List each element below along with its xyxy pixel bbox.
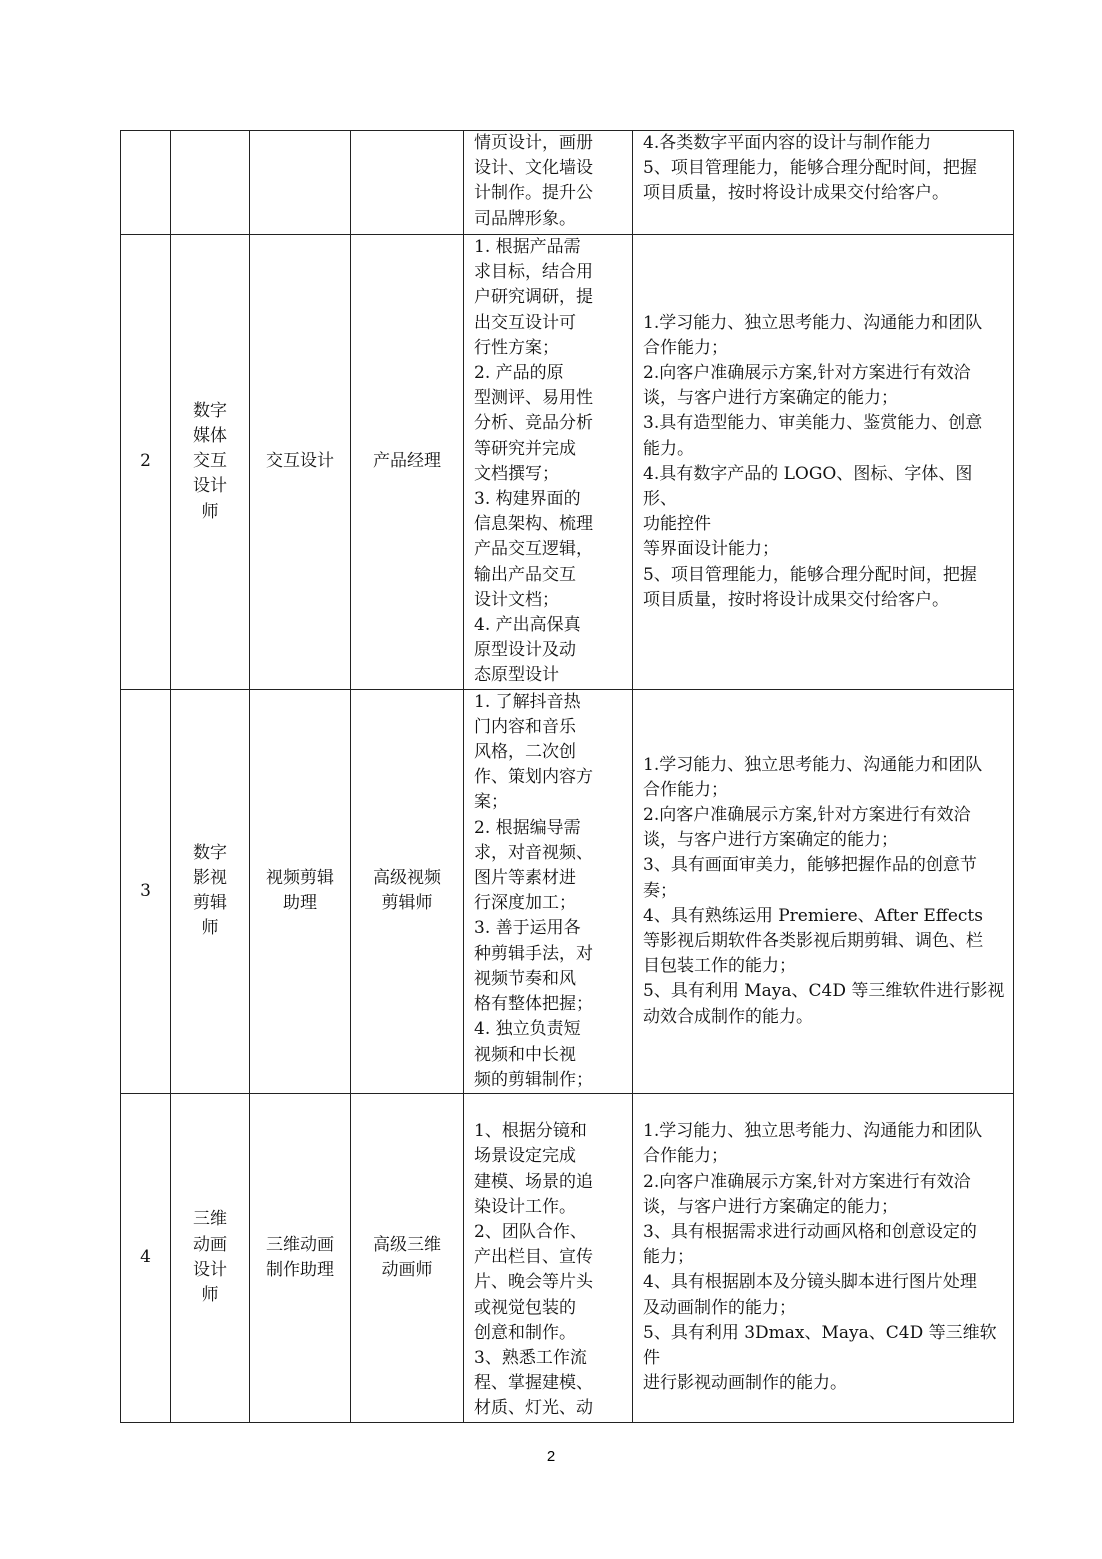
initial-post-cell: 视频剪辑助理 [250,689,351,1093]
abilities-text: 1.学习能力、独立思考能力、沟通能力和团队 合作能力； 2.向客户准确展示方案,… [643,1119,1005,1396]
initial-post: 交互设计 [260,449,340,474]
position-cell: 三维动画设计师 [171,1093,250,1422]
tasks-cell: 1、根据分镜和 场景设定完成 建模、场景的追 染设计工作。 2、团队合作、 产出… [464,1093,633,1422]
position-cell: 数字媒体交互设计师 [171,235,250,690]
initial-post: 视频剪辑助理 [260,866,340,916]
advanced-post-cell [351,131,464,235]
row-number: 2 [140,451,151,471]
tasks-text: 情页设计，画册 设计、文化墙设 计制作。提升公 司品牌形象。 [474,131,626,232]
tasks-cell: 1. 根据产品需 求目标，结合用 户研究调研，提 出交互设计可 行性方案； 2.… [464,235,633,690]
career-path-table: 情页设计，画册 设计、文化墙设 计制作。提升公 司品牌形象。 4.各类数字平面内… [120,130,1014,1423]
position-name: 数字媒体交互设计师 [192,399,228,525]
row-number: 4 [140,1247,151,1267]
row-number-cell: 4 [121,1093,171,1422]
abilities-text: 1.学习能力、独立思考能力、沟通能力和团队 合作能力； 2.向客户准确展示方案,… [643,753,1005,1030]
tasks-text: 1. 根据产品需 求目标，结合用 户研究调研，提 出交互设计可 行性方案； 2.… [474,235,626,689]
advanced-post-cell: 高级视频剪辑师 [351,689,464,1093]
row-number-cell [121,131,171,235]
initial-post: 三维动画制作助理 [260,1233,340,1283]
document-page: 情页设计，画册 设计、文化墙设 计制作。提升公 司品牌形象。 4.各类数字平面内… [0,0,1102,1559]
position-cell [171,131,250,235]
table-row: 2 数字媒体交互设计师 交互设计 产品经理 1. 根据产品需 求目标，结合用 户… [121,235,1014,690]
advanced-post: 高级视频剪辑师 [365,866,449,916]
advanced-post: 高级三维动画师 [365,1233,449,1283]
tasks-cell: 1. 了解抖音热 门内容和音乐 风格，二次创 作、策划内容方 案； 2. 根据编… [464,689,633,1093]
position-name: 数字影视剪辑师 [192,841,228,942]
advanced-post: 产品经理 [365,449,449,474]
tasks-text: 1、根据分镜和 场景设定完成 建模、场景的追 染设计工作。 2、团队合作、 产出… [474,1094,626,1422]
abilities-cell: 1.学习能力、独立思考能力、沟通能力和团队 合作能力； 2.向客户准确展示方案,… [633,1093,1014,1422]
table-row: 4 三维动画设计师 三维动画制作助理 高级三维动画师 1、根据分镜和 场景设定完… [121,1093,1014,1422]
tasks-text: 1. 了解抖音热 门内容和音乐 风格，二次创 作、策划内容方 案； 2. 根据编… [474,690,626,1093]
row-number: 3 [140,881,151,901]
table-row: 3 数字影视剪辑师 视频剪辑助理 高级视频剪辑师 1. 了解抖音热 门内容和音乐… [121,689,1014,1093]
advanced-post-cell: 产品经理 [351,235,464,690]
tasks-cell: 情页设计，画册 设计、文化墙设 计制作。提升公 司品牌形象。 [464,131,633,235]
abilities-text: 1.学习能力、独立思考能力、沟通能力和团队 合作能力； 2.向客户准确展示方案,… [643,311,1005,613]
initial-post-cell: 三维动画制作助理 [250,1093,351,1422]
initial-post-cell: 交互设计 [250,235,351,690]
initial-post-cell [250,131,351,235]
row-number-cell: 2 [121,235,171,690]
abilities-cell: 1.学习能力、独立思考能力、沟通能力和团队 合作能力； 2.向客户准确展示方案,… [633,235,1014,690]
abilities-text: 4.各类数字平面内容的设计与制作能力 5、项目管理能力，能够合理分配时间，把握 … [643,131,1005,207]
table-row: 情页设计，画册 设计、文化墙设 计制作。提升公 司品牌形象。 4.各类数字平面内… [121,131,1014,235]
position-name: 三维动画设计师 [192,1207,228,1308]
advanced-post-cell: 高级三维动画师 [351,1093,464,1422]
page-number: 2 [0,1448,1102,1465]
abilities-cell: 4.各类数字平面内容的设计与制作能力 5、项目管理能力，能够合理分配时间，把握 … [633,131,1014,235]
row-number-cell: 3 [121,689,171,1093]
position-cell: 数字影视剪辑师 [171,689,250,1093]
abilities-cell: 1.学习能力、独立思考能力、沟通能力和团队 合作能力； 2.向客户准确展示方案,… [633,689,1014,1093]
